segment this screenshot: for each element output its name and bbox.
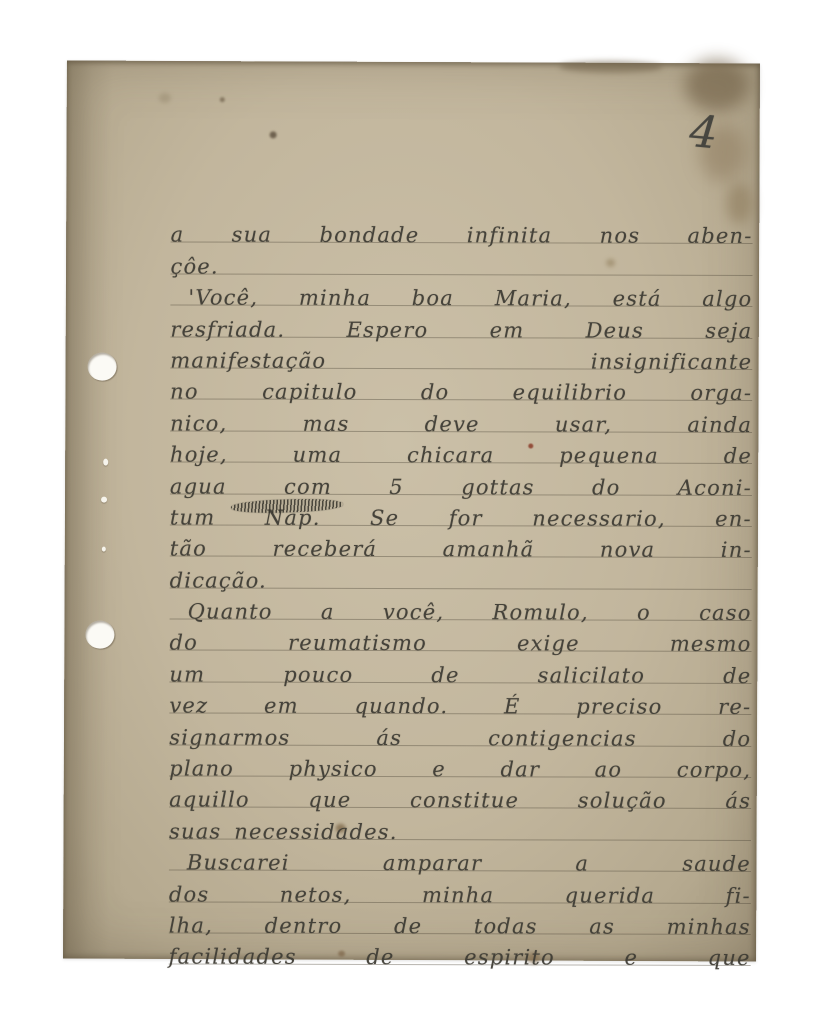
- handwritten-line: agua com 5 gottas do Aconi-: [170, 463, 752, 496]
- stain: [220, 97, 225, 102]
- handwritten-line: vez em quando. É preciso re-: [169, 682, 751, 715]
- photo-background: 4 a sua bondade infinita nos aben- çôe. …: [0, 0, 829, 1024]
- handwritten-line: nico, mas deve usar, ainda: [170, 400, 752, 433]
- handwritten-line: lha, dentro de todas as minhas: [169, 902, 751, 935]
- handwritten-line: facilidades de espirito e que: [169, 933, 751, 966]
- handwritten-line: signarmos ás contigencias do: [169, 714, 751, 747]
- handwritten-line: aquillo que constitue solução ás: [169, 776, 751, 809]
- handwritten-line: plano physico e dar ao corpo,: [169, 745, 751, 778]
- handwritten-line: um pouco de salicilato de: [169, 651, 751, 684]
- handwritten-line: no capitulo do equilibrio orga-: [170, 368, 752, 401]
- handwritten-text: a sua bondade infinita nos aben- çôe. 'V…: [169, 211, 753, 966]
- handwritten-line: 'Você, minha boa Maria, está algo: [170, 274, 752, 307]
- handwritten-line: Quanto a você, Romulo, o caso: [170, 588, 752, 621]
- page-number: 4: [676, 105, 730, 160]
- paper-speck: [103, 459, 108, 466]
- punch-hole: [85, 621, 114, 649]
- handwritten-line: a sua bondade infinita nos aben-: [171, 211, 753, 244]
- manuscript-page: 4 a sua bondade infinita nos aben- çôe. …: [63, 60, 760, 961]
- handwritten-line: çôe.: [170, 243, 752, 276]
- stain: [270, 131, 277, 138]
- line-text: facilidades de espirito e que: [169, 944, 751, 972]
- handwritten-line: suas necessidades.: [169, 808, 751, 841]
- paper-speck: [101, 497, 107, 503]
- stain: [159, 93, 171, 103]
- punch-hole: [88, 353, 117, 381]
- handwritten-line: hoje, uma chicara pequena de: [170, 431, 752, 464]
- handwritten-line: Buscarei amparar a saude: [169, 839, 751, 872]
- handwritten-line: do reumatismo exige mesmo: [169, 620, 751, 653]
- stain: [685, 59, 749, 111]
- handwritten-line: dos netos, minha querida fi-: [169, 871, 751, 904]
- handwritten-line: tão receberá amanhã nova in-: [170, 525, 752, 558]
- stain: [559, 61, 663, 73]
- handwritten-line: resfriada. Espero em Deus seja: [170, 306, 752, 339]
- paper-speck: [102, 547, 106, 552]
- handwritten-line: dicação.: [170, 557, 752, 590]
- handwritten-line: manifestação insignificante: [170, 337, 752, 370]
